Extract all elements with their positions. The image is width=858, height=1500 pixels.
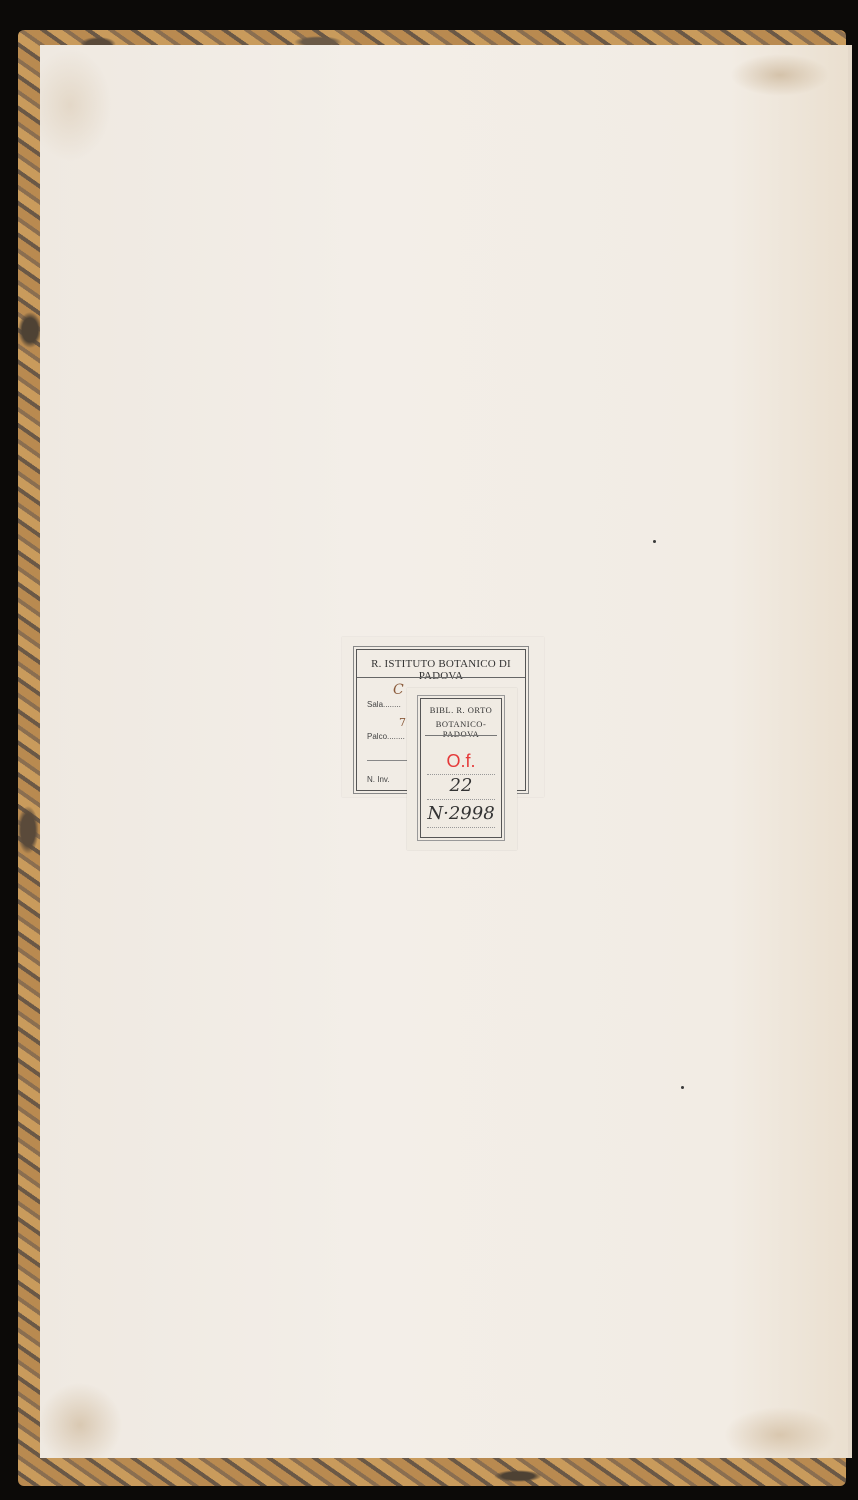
shelf-number: 22 — [421, 775, 501, 796]
library-header-line2: BOTANICO-PADOVA — [421, 719, 501, 739]
divider — [425, 735, 497, 736]
ink-speck — [681, 1086, 684, 1089]
library-label-frame: BIBL. R. ORTO BOTANICO-PADOVA O.f. 22 N·… — [420, 698, 502, 838]
library-header-line1: BIBL. R. ORTO — [421, 705, 501, 715]
sala-value: C — [393, 682, 404, 698]
sala-label: Sala........ — [367, 700, 401, 709]
palco-label: Palco........ — [367, 732, 405, 741]
shelf-mark: O.f. — [421, 751, 501, 772]
dotted-line — [427, 827, 495, 828]
inventory-label: N. Inv. — [367, 775, 390, 784]
institute-label-title: R. ISTITUTO BOTANICO DI PADOVA — [357, 658, 525, 682]
divider — [357, 677, 525, 678]
palco-value: 7 — [399, 716, 406, 729]
library-label: BIBL. R. ORTO BOTANICO-PADOVA O.f. 22 N·… — [407, 688, 517, 850]
page-edge — [848, 45, 852, 1458]
ink-speck — [653, 540, 656, 543]
item-number: N·2998 — [421, 803, 501, 824]
dotted-line — [427, 799, 495, 800]
